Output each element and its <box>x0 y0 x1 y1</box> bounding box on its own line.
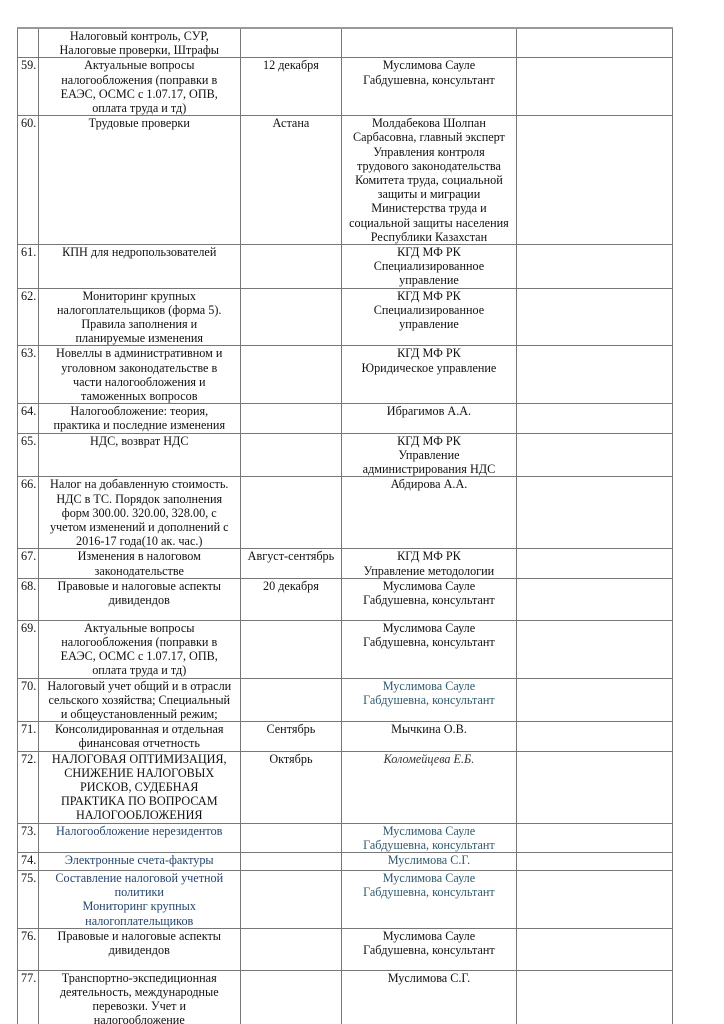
author-cell: Муслимова СаулеГабдушевна, консультант <box>342 678 516 722</box>
topic-cell-line: таможенных вопросов <box>42 389 237 403</box>
date-cell: 12 декабря <box>240 58 342 116</box>
row-number: 68. <box>18 578 39 620</box>
author-cell-line: Управления контроля <box>345 145 512 159</box>
author-cell: КГД МФ РКУправлениеадминистрирования НДС <box>342 433 516 477</box>
topic-cell-line: законодательстве <box>42 564 237 578</box>
row-number: 60. <box>18 116 39 245</box>
row-number: 74. <box>18 852 39 870</box>
topic-cell-line: Консолидированная и отдельная <box>42 722 237 736</box>
author-cell-line: Муслимова Сауле <box>345 929 512 943</box>
note-cell <box>516 404 672 433</box>
author-cell: КГД МФ РКУправление методологии <box>342 549 516 578</box>
topic-cell-line: РИСКОВ, СУДЕБНАЯ <box>42 780 237 794</box>
author-cell-line: Молдабекова Шолпан <box>345 116 512 130</box>
topic-cell: Электронные счета-фактуры <box>38 852 240 870</box>
topic-cell-line: оплата труда и тд) <box>42 101 237 115</box>
date-cell <box>240 852 342 870</box>
table-row: 72.НАЛОГОВАЯ ОПТИМИЗАЦИЯ,СНИЖЕНИЕ НАЛОГО… <box>18 751 673 823</box>
author-cell-line: защиты и миграции <box>345 187 512 201</box>
topic-cell-line: практика и последние изменения <box>42 418 237 432</box>
topic-cell-line: Налогообложение нерезидентов <box>42 824 237 838</box>
row-number: 69. <box>18 620 39 678</box>
note-cell <box>516 549 672 578</box>
topic-cell: Правовые и налоговые аспектыдивидендов <box>38 578 240 620</box>
author-cell-line: Специализированное <box>345 303 512 317</box>
date-cell-line: Сентябрь <box>244 722 339 736</box>
note-cell <box>516 245 672 289</box>
date-cell <box>240 928 342 970</box>
topic-cell-line: КПН для недропользователей <box>42 245 237 259</box>
table-body: Налоговый контроль, СУР,Налоговые провер… <box>18 28 673 1024</box>
row-number: 62. <box>18 288 39 346</box>
date-cell: 20 декабря <box>240 578 342 620</box>
date-cell <box>240 870 342 928</box>
date-cell: Астана <box>240 116 342 245</box>
date-cell <box>240 477 342 549</box>
table-row: 68.Правовые и налоговые аспектыдивидендо… <box>18 578 673 620</box>
author-cell-line: администрирования НДС <box>345 462 512 476</box>
topic-cell-line: финансовая отчетность <box>42 736 237 750</box>
topic-cell-line: Правовые и налоговые аспекты <box>42 579 237 593</box>
topic-cell-line: планируемые изменения <box>42 331 237 345</box>
author-cell-line: управление <box>345 317 512 331</box>
author-cell-line: Габдушевна, консультант <box>345 943 512 957</box>
note-cell <box>516 578 672 620</box>
topic-cell-line: ЕАЭС, ОСМС с 1.07.17, ОПВ, <box>42 87 237 101</box>
topic-cell: НАЛОГОВАЯ ОПТИМИЗАЦИЯ,СНИЖЕНИЕ НАЛОГОВЫХ… <box>38 751 240 823</box>
author-cell-line: Габдушевна, консультант <box>345 885 512 899</box>
topic-cell: Актуальные вопросыналогообложения (попра… <box>38 58 240 116</box>
author-cell-line: Муслимова С.Г. <box>345 971 512 985</box>
author-cell-line: Республики Казахстан <box>345 230 512 244</box>
author-cell: КГД МФ РКСпециализированноеуправление <box>342 288 516 346</box>
date-cell: Октябрь <box>240 751 342 823</box>
row-number: 75. <box>18 870 39 928</box>
author-cell-line: Муслимова Сауле <box>345 871 512 885</box>
author-cell-line: Муслимова Сауле <box>345 579 512 593</box>
topic-cell: Налогообложение: теория,практика и после… <box>38 404 240 433</box>
table-row: 73.Налогообложение нерезидентовМуслимова… <box>18 823 673 852</box>
topic-cell-line: Электронные счета-фактуры <box>42 853 237 867</box>
date-cell: Август-сентябрь <box>240 549 342 578</box>
date-cell-line: 12 декабря <box>244 58 339 72</box>
author-cell-line: КГД МФ РК <box>345 346 512 360</box>
topic-cell-line: дивидендов <box>42 593 237 607</box>
author-cell-line: Абдирова А.А. <box>345 477 512 491</box>
note-cell <box>516 58 672 116</box>
topic-cell-line: форм 300.00. 320.00, 328.00, с <box>42 506 237 520</box>
topic-cell: Составление налоговой учетнойполитикиМон… <box>38 870 240 928</box>
table-row: 60.Трудовые проверкиАстанаМолдабекова Шо… <box>18 116 673 245</box>
topic-cell-line: ЕАЭС, ОСМС с 1.07.17, ОПВ, <box>42 649 237 663</box>
author-cell: Муслимова СаулеГабдушевна, консультант <box>342 620 516 678</box>
topic-cell-line: Актуальные вопросы <box>42 621 237 635</box>
date-cell <box>240 28 342 58</box>
table-row: 61.КПН для недропользователейКГД МФ РКСп… <box>18 245 673 289</box>
author-cell-line: КГД МФ РК <box>345 245 512 259</box>
topic-cell: Трудовые проверки <box>38 116 240 245</box>
table-row: 75.Составление налоговой учетнойполитики… <box>18 870 673 928</box>
table-row: 63.Новеллы в административном иуголовном… <box>18 346 673 404</box>
author-cell-line: трудового законодательства <box>345 159 512 173</box>
author-cell-line: Юридическое управление <box>345 361 512 375</box>
topic-cell-line: деятельность, международные <box>42 985 237 999</box>
topic-cell-line: сельского хозяйства; Специальный <box>42 693 237 707</box>
table-row: 71.Консолидированная и отдельнаяфинансов… <box>18 722 673 751</box>
author-cell-line: социальной защиты населения <box>345 216 512 230</box>
author-cell-line: КГД МФ РК <box>345 549 512 563</box>
author-cell-line: Муслимова Сауле <box>345 621 512 635</box>
date-cell <box>240 823 342 852</box>
author-cell: Муслимова С.Г. <box>342 970 516 1024</box>
date-cell <box>240 433 342 477</box>
topic-cell-line: Транспортно-экспедиционная <box>42 971 237 985</box>
topic-cell: Транспортно-экспедиционнаядеятельность, … <box>38 970 240 1024</box>
author-cell: Муслимова СаулеГабдушевна, консультант <box>342 823 516 852</box>
note-cell <box>516 678 672 722</box>
topic-cell-line: Составление налоговой учетной <box>42 871 237 885</box>
author-cell: Муслимова С.Г. <box>342 852 516 870</box>
author-cell-line: КГД МФ РК <box>345 434 512 448</box>
topic-cell-line: части налогообложения и <box>42 375 237 389</box>
topic-cell-line: учетом изменений и дополнений с <box>42 520 237 534</box>
topic-cell-line: налогообложение <box>42 1013 237 1024</box>
note-cell <box>516 288 672 346</box>
row-number: 77. <box>18 970 39 1024</box>
date-cell <box>240 970 342 1024</box>
date-cell <box>240 620 342 678</box>
note-cell <box>516 28 672 58</box>
date-cell: Сентябрь <box>240 722 342 751</box>
note-cell <box>516 722 672 751</box>
author-cell: Мычкина О.В. <box>342 722 516 751</box>
date-cell-line: 20 декабря <box>244 579 339 593</box>
topic-cell-line: 2016-17 года(10 ак. час.) <box>42 534 237 548</box>
topic-cell-line: Правовые и налоговые аспекты <box>42 929 237 943</box>
topic-cell-line: НДС в ТС. Порядок заполнения <box>42 492 237 506</box>
topic-cell-line: дивидендов <box>42 943 237 957</box>
topic-cell-line: налогообложения (поправки в <box>42 635 237 649</box>
note-cell <box>516 870 672 928</box>
date-cell <box>240 288 342 346</box>
table-row: 74.Электронные счета-фактурыМуслимова С.… <box>18 852 673 870</box>
topic-cell-line: Изменения в налоговом <box>42 549 237 563</box>
note-cell <box>516 823 672 852</box>
table-row: 70.Налоговый учет общий и в отраслисельс… <box>18 678 673 722</box>
seminar-schedule-table: Налоговый контроль, СУР,Налоговые провер… <box>17 27 673 1024</box>
topic-cell: Налог на добавленную стоимость.НДС в ТС.… <box>38 477 240 549</box>
author-cell-line: Специализированное <box>345 259 512 273</box>
table-row: 67.Изменения в налоговомзаконодательстве… <box>18 549 673 578</box>
note-cell <box>516 477 672 549</box>
topic-cell: Мониторинг крупныхналогоплательщиков (фо… <box>38 288 240 346</box>
topic-cell-line: Новеллы в административном и <box>42 346 237 360</box>
row-number: 64. <box>18 404 39 433</box>
topic-cell-line: Налогообложение: теория, <box>42 404 237 418</box>
author-cell-line: Сарбасовна, главный эксперт <box>345 130 512 144</box>
author-cell: Муслимова СаулеГабдушевна, консультант <box>342 58 516 116</box>
table-row: 69.Актуальные вопросыналогообложения (по… <box>18 620 673 678</box>
topic-cell: Налоговый контроль, СУР,Налоговые провер… <box>38 28 240 58</box>
author-cell: Муслимова СаулеГабдушевна, консультант <box>342 870 516 928</box>
note-cell <box>516 620 672 678</box>
topic-cell-line: и общеустановленный режим; <box>42 707 237 721</box>
topic-cell-line: налогообложения (поправки в <box>42 73 237 87</box>
author-cell: Молдабекова ШолпанСарбасовна, главный эк… <box>342 116 516 245</box>
author-cell-line: Габдушевна, консультант <box>345 593 512 607</box>
author-cell-line: Габдушевна, консультант <box>345 838 512 852</box>
table-row: Налоговый контроль, СУР,Налоговые провер… <box>18 28 673 58</box>
row-number: 65. <box>18 433 39 477</box>
topic-cell-line: Налоговые проверки, Штрафы <box>42 43 237 57</box>
author-cell-line: Управление методологии <box>345 564 512 578</box>
author-cell <box>342 28 516 58</box>
author-cell-line: Муслимова Сауле <box>345 58 512 72</box>
note-cell <box>516 433 672 477</box>
topic-cell-line: оплата труда и тд) <box>42 663 237 677</box>
topic-cell-line: Налог на добавленную стоимость. <box>42 477 237 491</box>
author-cell-line: Муслимова С.Г. <box>345 853 512 867</box>
note-cell <box>516 346 672 404</box>
table-row: 65.НДС, возврат НДСКГД МФ РКУправлениеад… <box>18 433 673 477</box>
topic-cell-line: Актуальные вопросы <box>42 58 237 72</box>
topic-cell: НДС, возврат НДС <box>38 433 240 477</box>
author-cell-line: Муслимова Сауле <box>345 679 512 693</box>
topic-cell-line: политики <box>42 885 237 899</box>
author-cell-line: Габдушевна, консультант <box>345 635 512 649</box>
topic-cell-line: НДС, возврат НДС <box>42 434 237 448</box>
table-row: 77.Транспортно-экспедиционнаядеятельност… <box>18 970 673 1024</box>
author-cell-line: Министерства труда и <box>345 201 512 215</box>
topic-cell: Правовые и налоговые аспектыдивидендов <box>38 928 240 970</box>
note-cell <box>516 852 672 870</box>
date-cell-line: Астана <box>244 116 339 130</box>
author-cell-line: Коломейцева Е.Б. <box>345 752 512 766</box>
author-cell-line: Мычкина О.В. <box>345 722 512 736</box>
author-cell: Коломейцева Е.Б. <box>342 751 516 823</box>
topic-cell: Новеллы в административном иуголовном за… <box>38 346 240 404</box>
topic-cell-line: Налоговый контроль, СУР, <box>42 29 237 43</box>
row-number: 76. <box>18 928 39 970</box>
topic-cell-line: Мониторинг крупных <box>42 289 237 303</box>
author-cell-line: Габдушевна, консультант <box>345 73 512 87</box>
row-number <box>18 28 39 58</box>
row-number: 71. <box>18 722 39 751</box>
topic-cell-line: Налоговый учет общий и в отрасли <box>42 679 237 693</box>
row-number: 66. <box>18 477 39 549</box>
row-number: 63. <box>18 346 39 404</box>
row-number: 59. <box>18 58 39 116</box>
author-cell-line: Ибрагимов А.А. <box>345 404 512 418</box>
note-cell <box>516 116 672 245</box>
date-cell <box>240 404 342 433</box>
date-cell-line: Октябрь <box>244 752 339 766</box>
topic-cell-line: Трудовые проверки <box>42 116 237 130</box>
date-cell <box>240 245 342 289</box>
topic-cell-line: НАЛОГОВАЯ ОПТИМИЗАЦИЯ, <box>42 752 237 766</box>
author-cell-line: Муслимова Сауле <box>345 824 512 838</box>
author-cell-line: Управление <box>345 448 512 462</box>
topic-cell-line: перевозки. Учет и <box>42 999 237 1013</box>
table-row: 64.Налогообложение: теория,практика и по… <box>18 404 673 433</box>
topic-cell-line: налогоплательщиков <box>42 914 237 928</box>
topic-cell: КПН для недропользователей <box>38 245 240 289</box>
author-cell: Абдирова А.А. <box>342 477 516 549</box>
date-cell-line: Август-сентябрь <box>244 549 339 563</box>
topic-cell-line: НАЛОГООБЛОЖЕНИЯ <box>42 808 237 822</box>
author-cell-line: Комитета труда, социальной <box>345 173 512 187</box>
note-cell <box>516 928 672 970</box>
note-cell <box>516 970 672 1024</box>
row-number: 73. <box>18 823 39 852</box>
topic-cell-line: Правила заполнения и <box>42 317 237 331</box>
note-cell <box>516 751 672 823</box>
row-number: 72. <box>18 751 39 823</box>
author-cell-line: управление <box>345 273 512 287</box>
author-cell: КГД МФ РКСпециализированноеуправление <box>342 245 516 289</box>
date-cell <box>240 678 342 722</box>
topic-cell-line: налогоплательщиков (форма 5). <box>42 303 237 317</box>
topic-cell-line: Мониторинг крупных <box>42 899 237 913</box>
author-cell: Муслимова СаулеГабдушевна, консультант <box>342 928 516 970</box>
author-cell-line: Габдушевна, консультант <box>345 693 512 707</box>
topic-cell: Изменения в налоговомзаконодательстве <box>38 549 240 578</box>
topic-cell-line: ПРАКТИКА ПО ВОПРОСАМ <box>42 794 237 808</box>
date-cell <box>240 346 342 404</box>
author-cell: Муслимова СаулеГабдушевна, консультант <box>342 578 516 620</box>
topic-cell: Консолидированная и отдельнаяфинансовая … <box>38 722 240 751</box>
topic-cell: Актуальные вопросыналогообложения (попра… <box>38 620 240 678</box>
row-number: 61. <box>18 245 39 289</box>
author-cell: Ибрагимов А.А. <box>342 404 516 433</box>
author-cell-line: КГД МФ РК <box>345 289 512 303</box>
table-row: 66.Налог на добавленную стоимость.НДС в … <box>18 477 673 549</box>
topic-cell-line: уголовном законодательстве в <box>42 361 237 375</box>
author-cell: КГД МФ РКЮридическое управление <box>342 346 516 404</box>
row-number: 67. <box>18 549 39 578</box>
table-row: 62.Мониторинг крупныхналогоплательщиков … <box>18 288 673 346</box>
row-number: 70. <box>18 678 39 722</box>
topic-cell-line: СНИЖЕНИЕ НАЛОГОВЫХ <box>42 766 237 780</box>
topic-cell: Налоговый учет общий и в отраслисельског… <box>38 678 240 722</box>
table-row: 59.Актуальные вопросыналогообложения (по… <box>18 58 673 116</box>
topic-cell: Налогообложение нерезидентов <box>38 823 240 852</box>
table-row: 76.Правовые и налоговые аспектыдивидендо… <box>18 928 673 970</box>
